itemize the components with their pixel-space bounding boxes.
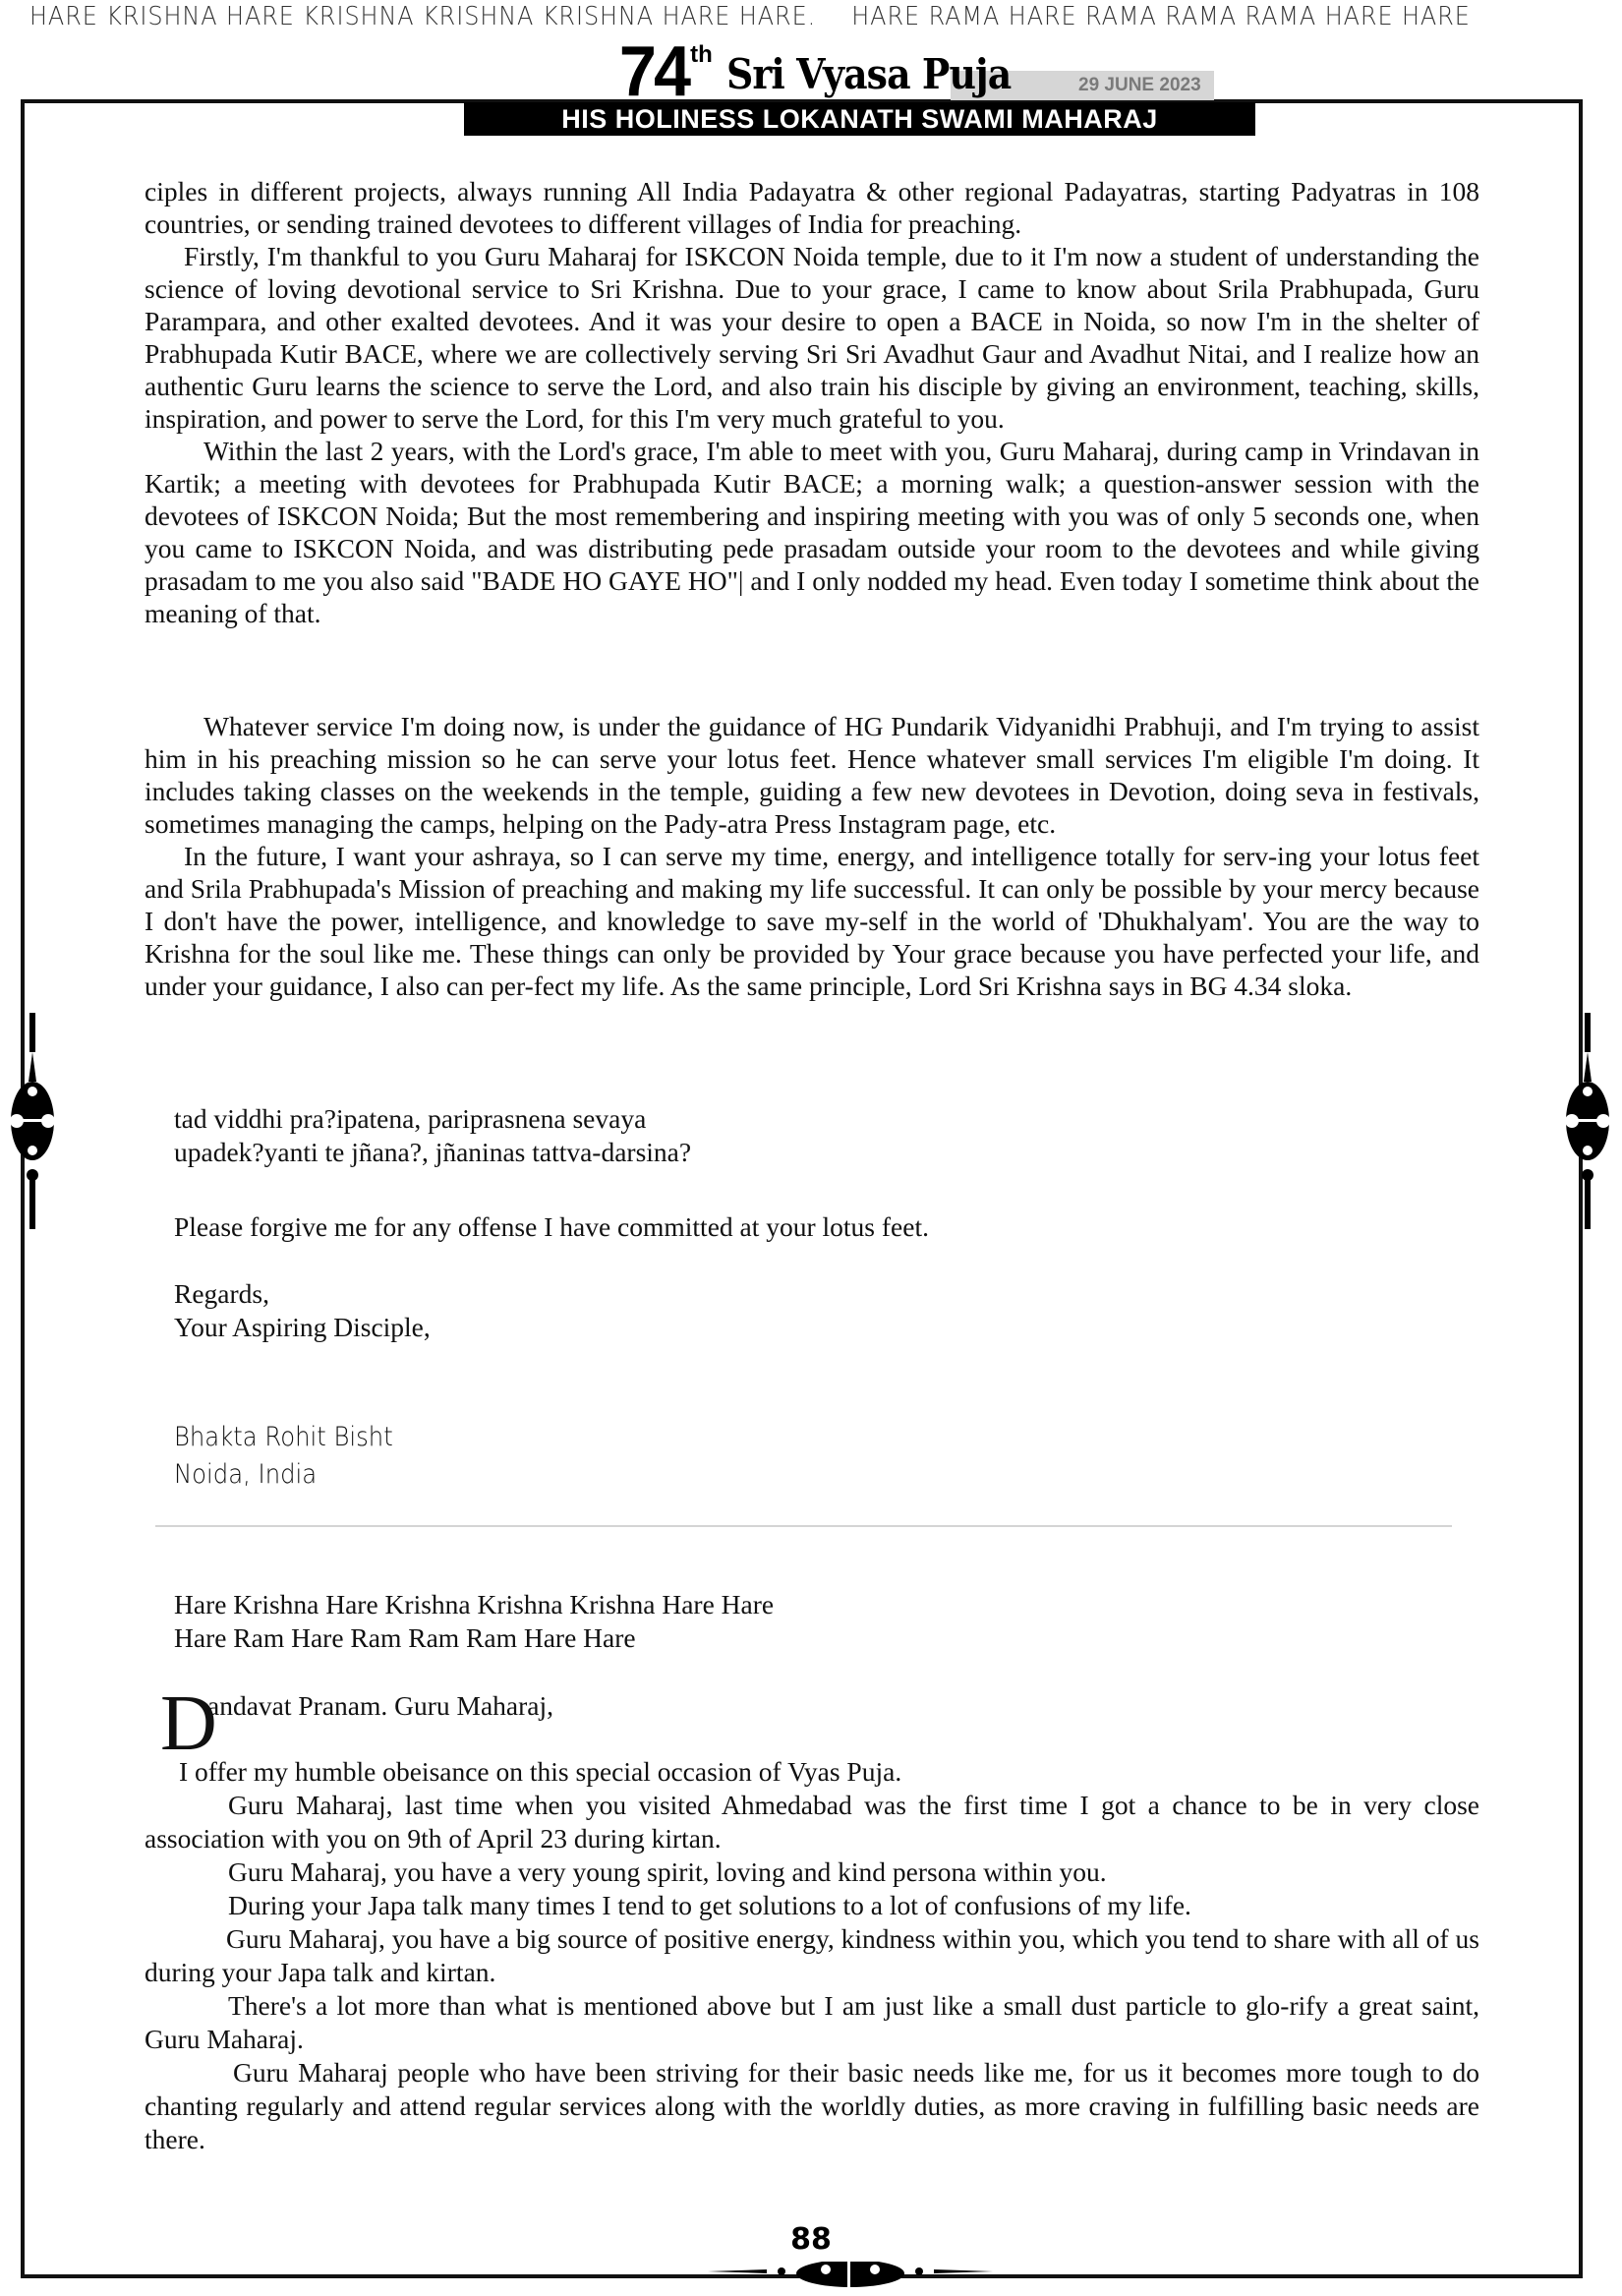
title-suffix: th (690, 41, 713, 69)
paragraph: Guru Maharaj people who have been strivi… (145, 2056, 1479, 2156)
mantra-line: Hare Krishna Hare Krishna Krishna Krishn… (174, 1588, 774, 1621)
mantra-line: Hare Ram Hare Ram Ram Ram Hare Hare (174, 1621, 774, 1655)
paragraph: Within the last 2 years, with the Lord's… (145, 435, 1479, 629)
paragraph: I offer my humble obeisance on this spec… (145, 1755, 1479, 1789)
letter1-body: ciples in different projects, always run… (145, 175, 1479, 629)
verse-line: upadek?yanti te jñana?, jñaninas tattva-… (174, 1136, 691, 1169)
right-ornament-icon (1558, 1013, 1617, 1229)
paragraph: Guru Maharaj, you have a big source of p… (145, 1922, 1479, 1989)
header-banner: HIS HOLINESS LOKANATH SWAMI MAHARAJ (464, 102, 1255, 136)
apology-line: Please forgive me for any offense I have… (174, 1210, 929, 1244)
verse-line: tad viddhi pra?ipatena, pariprasnena sev… (174, 1102, 691, 1136)
letter2-body: I offer my humble obeisance on this spec… (145, 1755, 1479, 2156)
closing: Regards, Your Aspiring Disciple, (174, 1277, 431, 1344)
page-title: 74 th Sri Vyasa Puja (617, 37, 1032, 102)
signature-name: Bhakta Rohit Bisht (174, 1419, 393, 1456)
paragraph: During your Japa talk many times I tend … (145, 1889, 1479, 1922)
paragraph: In the future, I want your ashraya, so I… (145, 840, 1479, 1002)
paragraph: ciples in different projects, always run… (145, 175, 1479, 240)
title-number: 74 (619, 41, 688, 102)
page-number: 88 (0, 2222, 1622, 2257)
title-main: Sri Vyasa Puja (726, 47, 1011, 102)
signature-location: Noida, India (174, 1456, 393, 1494)
closing-line: Regards, (174, 1277, 431, 1311)
section-divider (155, 1525, 1452, 1527)
left-ornament-icon (3, 1013, 62, 1229)
header-mantra: HARE KRISHNA HARE KRISHNA KRISHNA KRISHN… (29, 2, 1477, 31)
paragraph: Guru Maharaj, last time when you visited… (145, 1789, 1479, 1855)
paragraph: There's a lot more than what is mentione… (145, 1989, 1479, 2056)
mantra-left: HARE KRISHNA HARE KRISHNA KRISHNA KRISHN… (29, 2, 816, 31)
paragraph: Guru Maharaj, you have a very young spir… (145, 1855, 1479, 1889)
letter1-body-cont: Whatever service I'm doing now, is under… (145, 710, 1479, 1002)
paragraph: Firstly, I'm thankful to you Guru Mahara… (145, 240, 1479, 435)
verse: tad viddhi pra?ipatena, pariprasnena sev… (174, 1102, 691, 1169)
bottom-ornament-icon (708, 2262, 993, 2296)
signature: Bhakta Rohit Bisht Noida, India (174, 1419, 393, 1494)
mantra-right: HARE RAMA HARE RAMA RAMA RAMA HARE HARE (851, 2, 1471, 31)
salutation-text: andavat Pranam. Guru Maharaj, (207, 1689, 553, 1723)
paragraph: Whatever service I'm doing now, is under… (145, 710, 1479, 840)
letter2-mantra: Hare Krishna Hare Krishna Krishna Krishn… (174, 1588, 774, 1655)
closing-line: Your Aspiring Disciple, (174, 1311, 431, 1344)
